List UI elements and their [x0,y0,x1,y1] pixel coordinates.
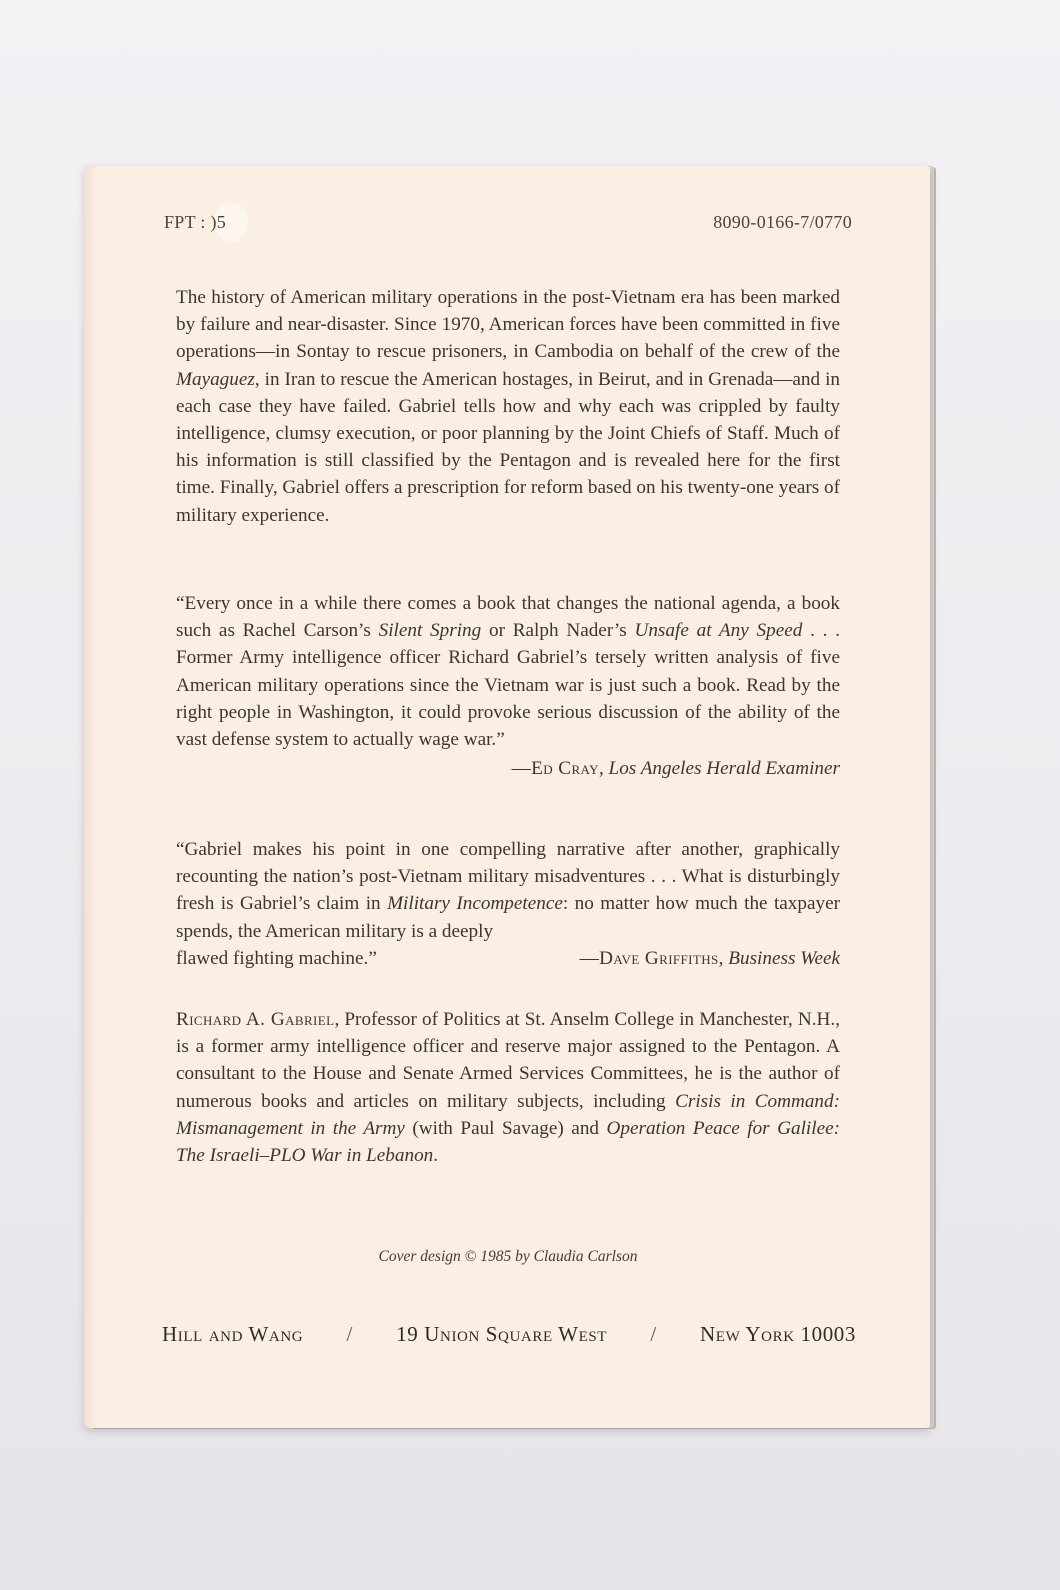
book-description: The history of American military operati… [176,284,840,529]
cover-design-credit: Cover design © 1985 by Claudia Carlson [176,1248,840,1266]
publisher-line: Hill and Wang / 19 Union Square West / N… [162,1322,856,1347]
publisher-name: Hill and Wang [162,1322,303,1347]
cover-header: FPT : )5 8090-0166-7/0770 [176,212,840,242]
author-bio: Richard A. Gabriel, Professor of Politic… [176,1006,840,1169]
isbn-code: 8090-0166-7/0770 [713,212,852,233]
review-quote-2: “Gabriel makes his point in one compelli… [176,836,840,972]
book-title-mention: Mayaguez [176,369,255,390]
review-attribution-2: —Dave Griffiths, Business Week [580,945,840,972]
author-name: Richard A. Gabriel [176,1009,334,1030]
review-quote-1: “Every once in a while there comes a boo… [176,590,840,782]
publisher-city: New York 10003 [700,1322,856,1347]
book-back-cover: FPT : )5 8090-0166-7/0770 The history of… [84,166,930,1428]
review-attribution-1: —Ed Cray, Los Angeles Herald Examiner [176,755,840,782]
catalog-code: FPT : )5 [164,212,226,233]
publisher-address: 19 Union Square West [396,1322,607,1347]
